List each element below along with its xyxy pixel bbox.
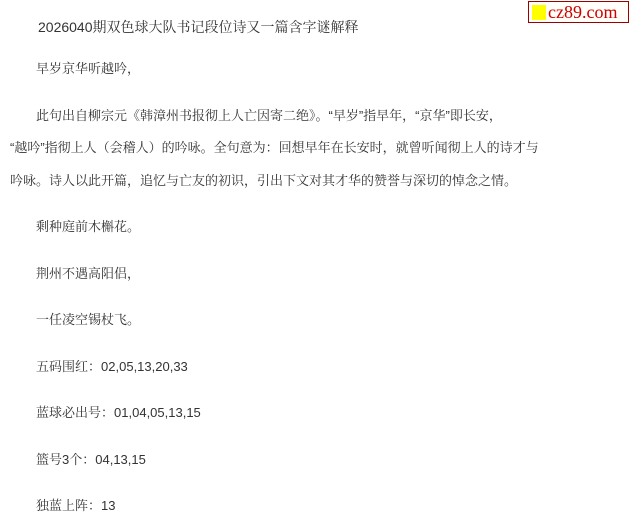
article-content: 2026040期双色球大队书记段位诗又一篇含字谜解释 早岁京华听越吟， 此句出自… xyxy=(0,0,631,523)
prediction-line-single-blue: 独蓝上阵：13 xyxy=(10,490,621,523)
prediction-value: 02,05,13,20,33 xyxy=(101,359,188,374)
prediction-label: 独蓝上阵 xyxy=(36,498,88,513)
logo-square-icon xyxy=(532,5,546,20)
prediction-value: 04,13,15 xyxy=(95,452,146,467)
logo-text: cz89.com xyxy=(548,3,617,21)
prediction-value: 13 xyxy=(101,498,115,513)
prediction-colon: ： xyxy=(101,405,114,420)
prediction-line-five-red: 五码围红：02,05,13,20,33 xyxy=(10,351,621,384)
poem-line-3: 荆州不遇高阳侣， xyxy=(10,258,621,291)
prediction-colon: ： xyxy=(88,359,101,374)
site-logo[interactable]: cz89.com xyxy=(528,1,629,23)
prediction-line-blue-must: 蓝球必出号：01,04,05,13,15 xyxy=(10,397,621,430)
explanation-paragraph: 此句出自柳宗元《韩漳州书报彻上人亡因寄二绝》。“早岁”指早年，“京华”即长安， … xyxy=(10,100,621,198)
prediction-colon: ： xyxy=(82,452,95,467)
poem-line-1: 早岁京华听越吟， xyxy=(10,53,621,86)
poem-line-2: 剩种庭前木槲花。 xyxy=(10,211,621,244)
prediction-label: 五码围红 xyxy=(36,359,88,374)
prediction-colon: ： xyxy=(88,498,101,513)
prediction-label: 篮号3个 xyxy=(36,452,82,467)
prediction-label: 蓝球必出号 xyxy=(36,405,101,420)
prediction-line-basket-three: 篮号3个：04,13,15 xyxy=(10,444,621,477)
prediction-value: 01,04,05,13,15 xyxy=(114,405,201,420)
poem-line-4: 一任凌空锡杖飞。 xyxy=(10,304,621,337)
